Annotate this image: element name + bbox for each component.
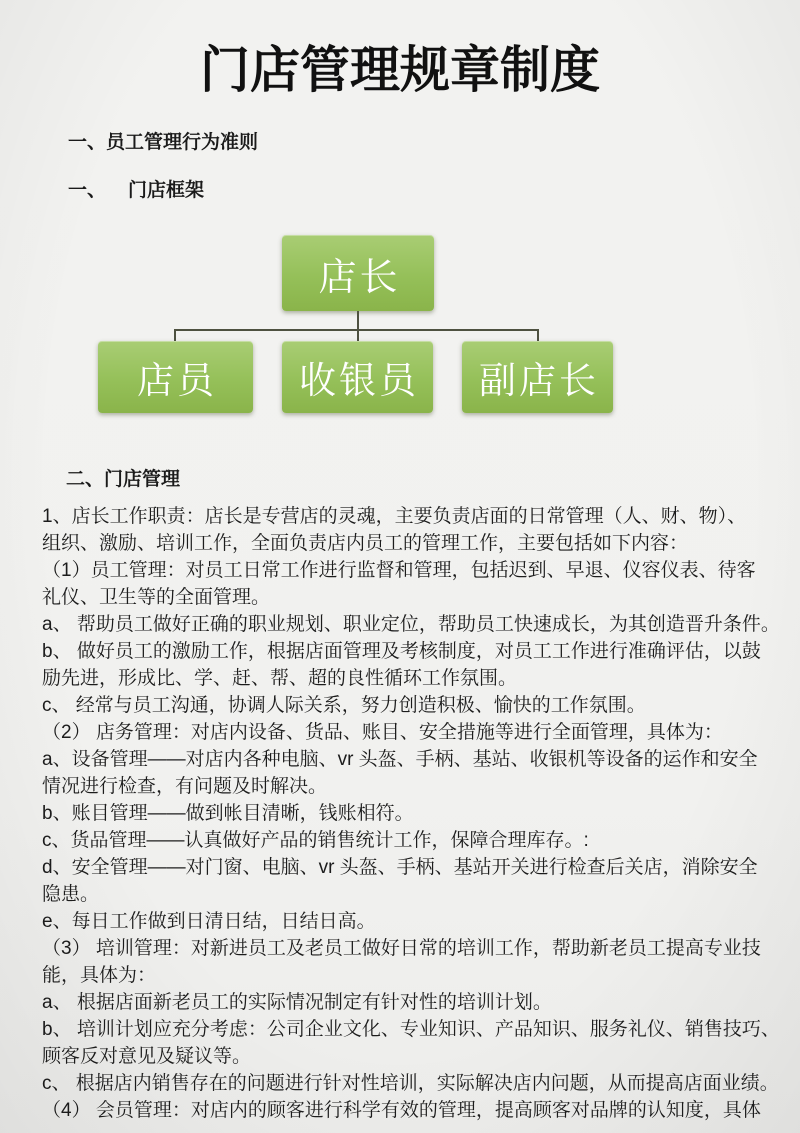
body-line: a、 帮助员工做好正确的职业规划、职业定位，帮助员工快速成长，为其创造晋升条件。: [42, 611, 782, 638]
org-chart: 店长 店员 收银员 副店长: [0, 0, 800, 430]
body-line: 励先进，形成比、学、赶、帮、超的良性循环工作氛围。: [42, 665, 782, 692]
body-line: c、 经常与员工沟通，协调人际关系，努力创造积极、愉快的工作氛围。: [42, 692, 782, 719]
body-line: b、账目管理――做到帐目清晰，钱账相符。: [42, 800, 782, 827]
body-line: （1）员工管理：对员工日常工作进行监督和管理，包括迟到、早退、仪容仪表、待客: [42, 557, 782, 584]
org-connector-root-stub: [357, 311, 359, 331]
body-line: 组织、激励、培训工作，全面负责店内员工的管理工作，主要包括如下内容：: [42, 530, 782, 557]
document-page: 门店管理规章制度 一、员工管理行为准则 一、门店框架 店长 店员 收银员 副店长…: [0, 0, 800, 1133]
body-line: 情况进行检查，有问题及时解决。: [42, 773, 782, 800]
body-line: （3） 培训管理：对新进员工及老员工做好日常的培训工作，帮助新老员工提高专业技: [42, 935, 782, 962]
body-line: 礼仪、卫生等的全面管理。: [42, 584, 782, 611]
body-line: 1、店长工作职责：店长是专营店的灵魂，主要负责店面的日常管理（人、财、物）、: [42, 503, 782, 530]
body-line: a、设备管理――对店内各种电脑、vr 头盔、手柄、基站、收银机等设备的运作和安全: [42, 746, 782, 773]
body-line: b、 做好员工的激励工作，根据店面管理及考核制度，对员工工作进行准确评估，以鼓: [42, 638, 782, 665]
body-line: c、 根据店内销售存在的问题进行针对性培训，实际解决店内问题，从而提高店面业绩。: [42, 1070, 782, 1097]
body-line: 能，具体为：: [42, 962, 782, 989]
body-line: d、安全管理――对门窗、电脑、vr 头盔、手柄、基站开关进行检查后关店，消除安全: [42, 854, 782, 881]
body-line: b、 培训计划应充分考虑：公司企业文化、专业知识、产品知识、服务礼仪、销售技巧、: [42, 1016, 782, 1043]
org-node-deputy-manager: 副店长: [462, 341, 613, 413]
body-line: 隐患。: [42, 881, 782, 908]
body-text: 1、店长工作职责：店长是专营店的灵魂，主要负责店面的日常管理（人、财、物）、 组…: [42, 503, 782, 1124]
body-line: （4） 会员管理：对店内的顾客进行科学有效的管理，提高顾客对品牌的认知度，具体: [42, 1097, 782, 1124]
org-node-clerk: 店员: [98, 341, 253, 413]
body-line: （2） 店务管理：对店内设备、货品、账目、安全措施等进行全面管理，具体为：: [42, 719, 782, 746]
org-node-store-manager: 店长: [282, 235, 434, 311]
heading-store-management: 二、门店管理: [66, 468, 180, 491]
org-node-cashier: 收银员: [282, 341, 433, 413]
body-line: c、货品管理――认真做好产品的销售统计工作，保障合理库存。:: [42, 827, 782, 854]
body-line: a、 根据店面新老员工的实际情况制定有针对性的培训计划。: [42, 989, 782, 1016]
body-line: 顾客反对意见及疑议等。: [42, 1043, 782, 1070]
body-line: e、每日工作做到日清日结，日结日高。: [42, 908, 782, 935]
